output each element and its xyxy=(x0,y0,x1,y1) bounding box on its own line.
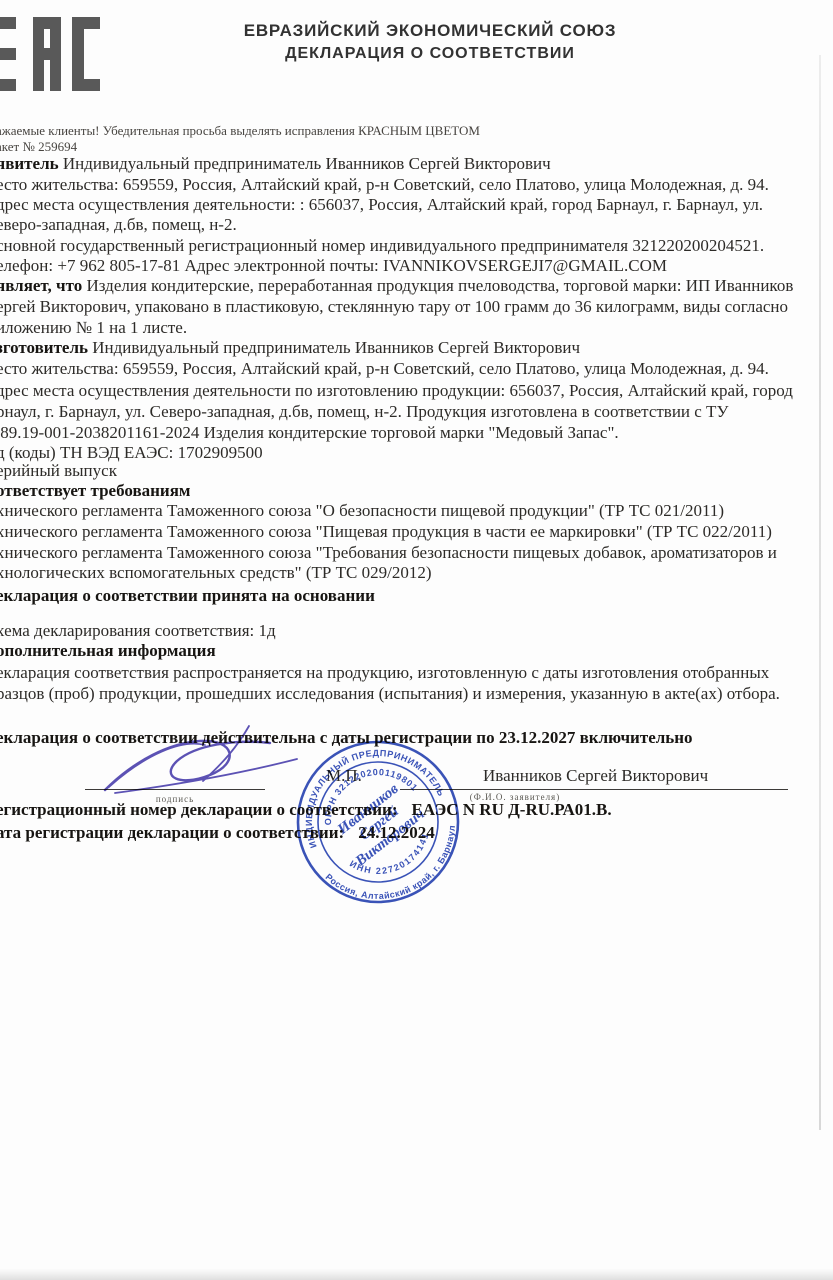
manufacturer-label: зготовитель xyxy=(0,338,88,357)
manufacturer-name: Индивидуальный предприниматель Иванников… xyxy=(88,338,580,357)
heading-complies: ответствует требованиям xyxy=(0,481,191,501)
heading-additional-info: ополнительная информация xyxy=(0,641,216,661)
line-phone-email: елефон: +7 962 805-17-81 Адрес электронн… xyxy=(0,256,667,276)
page-title-union: ЕВРАЗИЙСКИЙ ЭКОНОМИЧЕСКИЙ СОЮЗ xyxy=(30,21,830,41)
line-regulation-021: хнического регламента Таможенного союза … xyxy=(0,501,724,521)
line-applicant-address-1: дрес места осуществления деятельности: :… xyxy=(0,195,763,215)
line-serial-release: ерийный выпуск xyxy=(0,461,117,481)
line-ogrnip: сновной государственный регистрационный … xyxy=(0,236,764,256)
applicant-name: Индивидуальный предприниматель Иванников… xyxy=(59,154,551,173)
scan-artifact-bottom-band xyxy=(0,1269,833,1280)
line-manufacturer-residence: есто жительства: 659559, Россия, Алтайск… xyxy=(0,359,769,379)
line-applicant-residence: есто жительства: 659559, Россия, Алтайск… xyxy=(0,175,769,195)
line-scheme: хема декларирования соответствия: 1д xyxy=(0,621,276,641)
line-additional-1: екларация соответствия распространяется … xyxy=(0,663,769,683)
line-manufacturer: зготовитель Индивидуальный предпринимате… xyxy=(0,338,580,358)
line-applicant: явитель Индивидуальный предприниматель И… xyxy=(0,154,551,174)
line-applicant-address-2: еверо-западная, д.бв, помещ, н-2. xyxy=(0,215,237,235)
line-regulation-022: хнического регламента Таможенного союза … xyxy=(0,522,772,542)
declares-label: являет, что xyxy=(0,276,82,295)
applicant-label: явитель xyxy=(0,154,59,173)
signer-name: Иванников Сергей Викторович xyxy=(483,766,708,786)
line-tnved-code: д (коды) ТН ВЭД ЕАЭС: 1702909500 xyxy=(0,443,263,463)
declares-text-1: Изделия кондитерские, переработанная про… xyxy=(82,276,793,295)
heading-adopted-basis: екларация о соответствии принята на осно… xyxy=(0,586,375,606)
line-manufacturer-address-2: рнаул, г. Барнаул, ул. Северо-западная, … xyxy=(0,402,728,422)
scan-artifact-right-line xyxy=(819,55,821,1130)
line-regulation-029-a: хнического регламента Таможенного союза … xyxy=(0,543,777,563)
line-declares-1: являет, что Изделия кондитерские, перера… xyxy=(0,276,793,296)
declaration-document: ЕВРАЗИЙСКИЙ ЭКОНОМИЧЕСКИЙ СОЮЗ ДЕКЛАРАЦИ… xyxy=(0,0,833,1280)
line-regulation-029-b: хнологических вспомогательных средств" (… xyxy=(0,563,431,583)
line-declares-3: иложению № 1 на 1 листе. xyxy=(0,318,187,338)
line-manufacturer-address-1: дрес места осуществления деятельности по… xyxy=(0,381,793,401)
line-tu-number: .89.19-001-2038201161-2024 Изделия конди… xyxy=(0,423,619,443)
line-declares-2: ергей Викторович, упаковано в пластикову… xyxy=(0,297,788,317)
page-title-declaration: ДЕКЛАРАЦИЯ О СООТВЕТСТВИИ xyxy=(30,45,830,63)
line-additional-2: разцов (проб) продукции, прошедших иссле… xyxy=(0,684,780,704)
